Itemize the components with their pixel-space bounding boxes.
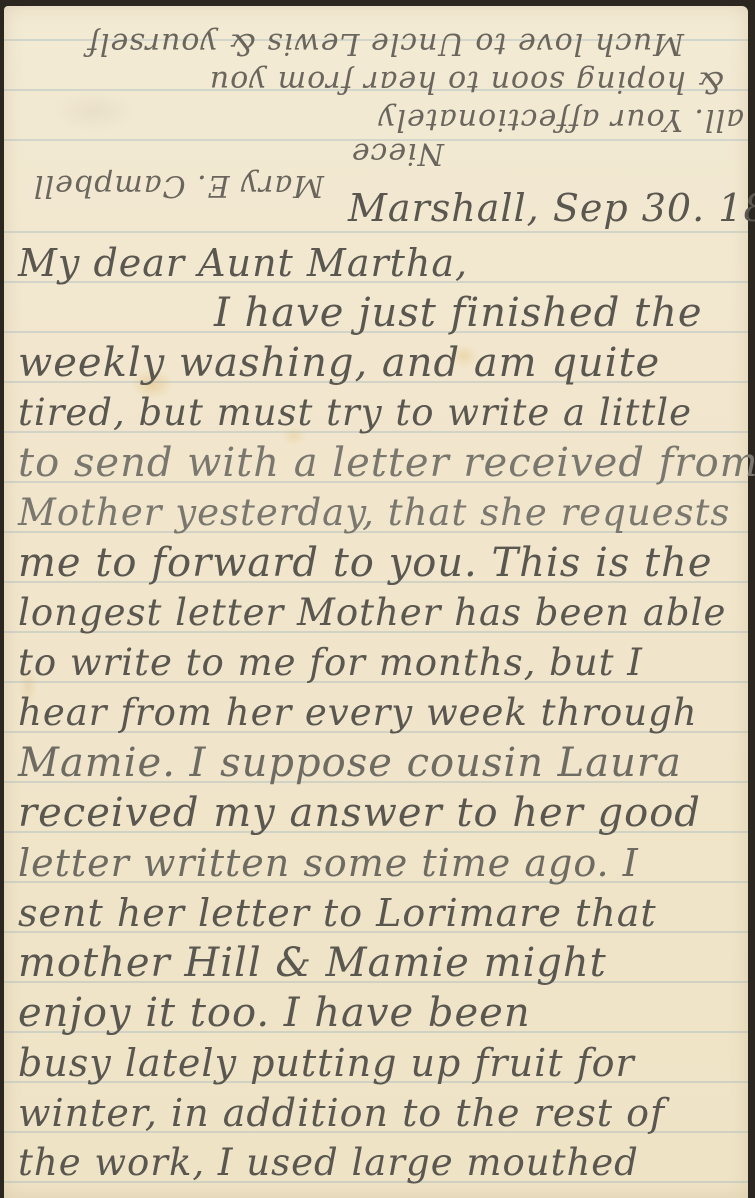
postscript-line: & hoping soon to hear from you	[209, 64, 724, 99]
inverted-postscript: Much love to Uncle Lewis & yourself & ho…	[24, 16, 744, 191]
body-line: sent her letter to Lorimare that	[18, 888, 657, 938]
body-line: to send with a letter received from	[18, 438, 755, 488]
postscript-signature: Mary E. Campbell	[33, 168, 324, 203]
postscript-line: all. Your affectionately	[377, 102, 744, 137]
body-line: received my answer to her good	[18, 788, 701, 838]
body-line: hear from her every week through	[18, 688, 698, 738]
body-line: Mother yesterday, that she requests	[18, 488, 730, 538]
body-line: letter written some time ago. I	[18, 838, 639, 888]
place-and-date: Marshall, Sep 30. 1884.	[348, 186, 755, 230]
body-line: longest letter Mother has been able	[18, 588, 726, 638]
body-line: me to forward to you. This is the	[18, 538, 712, 588]
body-line: enjoy it too. I have been	[18, 988, 531, 1038]
body-line: Mamie. I suppose cousin Laura	[18, 738, 682, 788]
body-line: to write to me for months, but I	[18, 638, 643, 688]
postscript-line: Niece	[351, 136, 444, 171]
scan-frame: Much love to Uncle Lewis & yourself & ho…	[0, 0, 755, 1198]
postscript-line: Much love to Uncle Lewis & yourself	[87, 26, 684, 61]
body-line: busy lately putting up fruit for	[18, 1038, 635, 1088]
letter-page: Much love to Uncle Lewis & yourself & ho…	[4, 6, 748, 1198]
body-line: mother Hill & Mamie might	[18, 938, 607, 988]
body-line: winter, in addition to the rest of	[18, 1088, 665, 1138]
body-line: I have just finished the	[214, 288, 703, 338]
salutation: My dear Aunt Martha,	[18, 238, 468, 288]
body-line: weekly washing, and am quite	[18, 338, 660, 388]
body-line: tired, but must try to write a little	[18, 388, 692, 438]
body-line: the work, I used large mouthed	[18, 1138, 639, 1188]
